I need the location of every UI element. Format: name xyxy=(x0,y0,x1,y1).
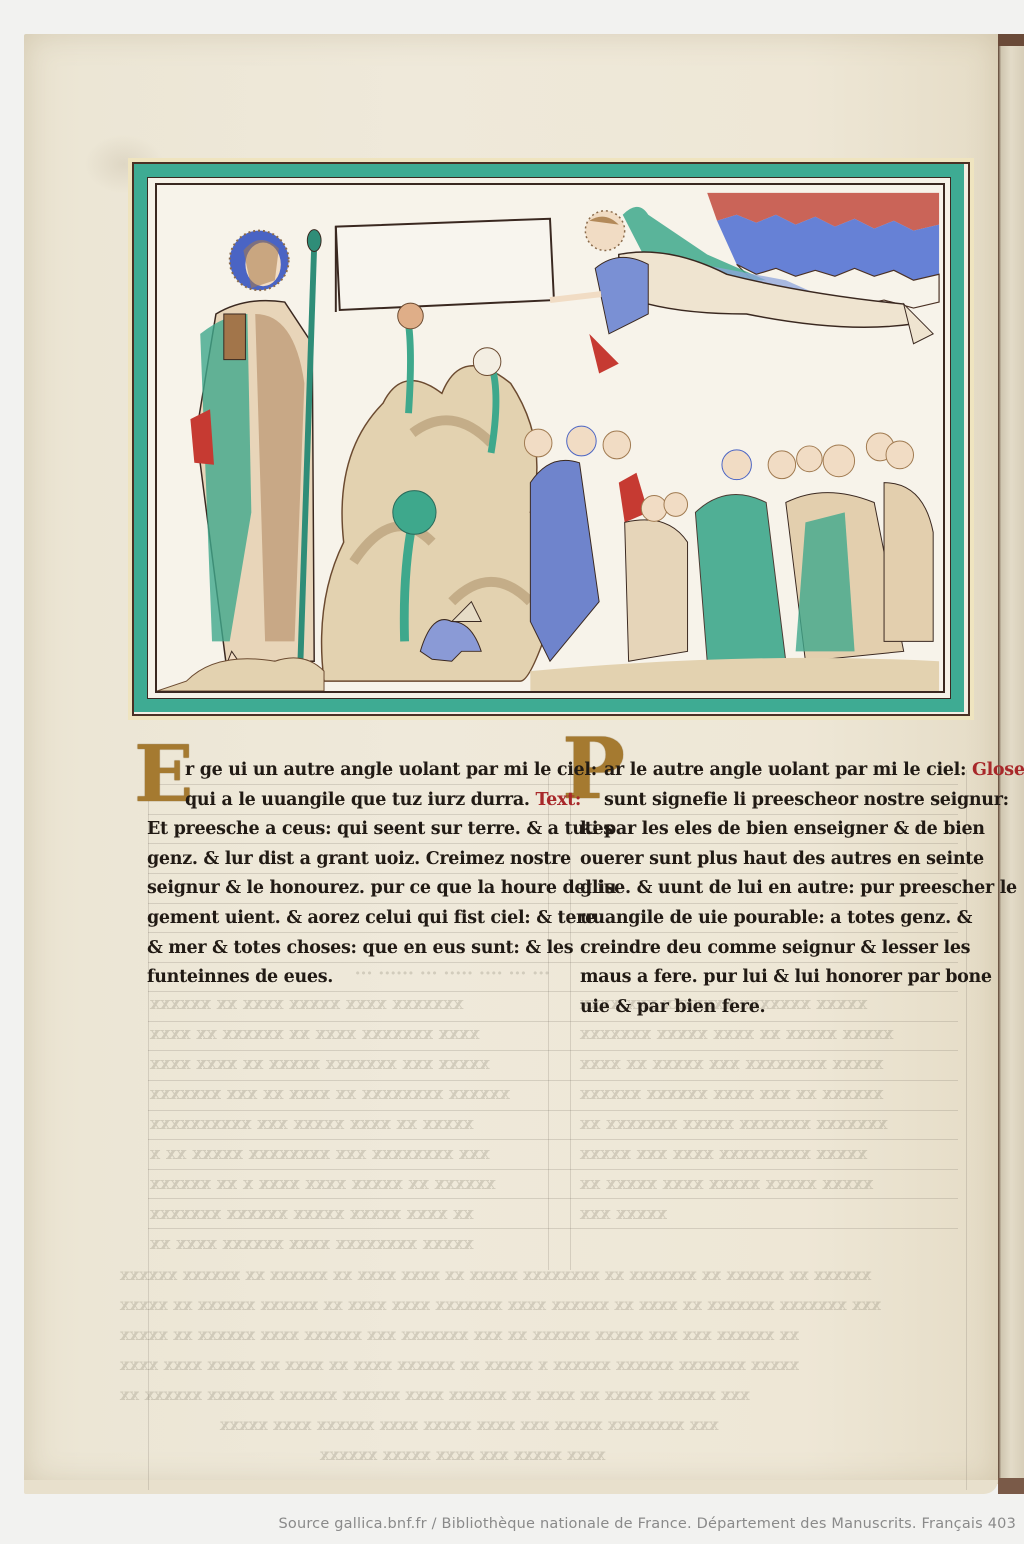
book-edge-bottom xyxy=(998,1478,1024,1494)
show-through-text: xxxxxx xx xxx xxxx xxxxxx xxxxxx xyxy=(580,1080,883,1110)
ruling-column-divider xyxy=(570,770,571,1270)
rubric-text: Glose: xyxy=(972,760,1024,780)
show-through-text: xxx xxxxxxxx xxx xxxxxxxx xxxxx xx x xyxy=(150,1140,490,1170)
text-line: & mer & totes choses: que en eus sunt: &… xyxy=(147,934,547,964)
text-line: ar le autre angle uolant par mi le ciel:… xyxy=(580,756,980,786)
miniature-scene-illustration xyxy=(157,185,943,691)
miniature-scene xyxy=(155,183,945,693)
show-through-text: xx xxxx xxxxx xxxxx xxxxxx xxxxxxx xyxy=(150,1200,474,1230)
text-line-content: ar le autre angle uolant par mi le ciel: xyxy=(604,760,966,780)
show-through-text: xxx xxxxxxxx xxxxx xxx xxxx xxxxx xxxx x… xyxy=(220,1410,718,1440)
ruling-column-divider xyxy=(548,770,549,1270)
text-line: glise. & uunt de lui en autre: pur prees… xyxy=(580,874,980,904)
text-line: ouerer sunt plus haut des autres en sein… xyxy=(580,845,980,875)
text-line: maus a fere. pur lui & lui honorer par b… xyxy=(580,963,980,993)
show-through-text: xxxxx xxxxxxx xxxxxx xxxxxx x xxxxx xx x… xyxy=(120,1350,799,1380)
show-through-text: xxx xxxxxxx xxxxxxx xx xxxx xx xxxxxx xx… xyxy=(120,1290,881,1320)
show-through-text: xxxxx xx xxxx xxxxx xxx xxxxxxxxxx xyxy=(150,1110,474,1140)
book-edge-top xyxy=(998,34,1024,46)
source-attribution: Source gallica.bnf.fr / Bibliothèque nat… xyxy=(278,1516,1016,1532)
show-through-text: xxxxxxx xxxx xxxxx xxxx xx xxxxxx xyxy=(150,990,463,1020)
illuminated-miniature xyxy=(128,158,974,720)
show-through-text: xxxxx xxx xyxy=(580,1200,667,1230)
show-through-text: xxxxx xxxxx xx xxxx xxxxx xxxxxxx xyxy=(580,1020,893,1050)
text-line: r ge ui un autre angle uolant par mi le … xyxy=(147,756,547,786)
show-through-text: xxxx xxxxxxx xxxx xx xxxxxx xx xxxx xyxy=(150,1020,479,1050)
show-through-text: xxxxxxx xxxxxxx xxxxx xxxxxxx xx xyxy=(580,1110,887,1140)
text-line: uuangile de uie pourable: a totes genz. … xyxy=(580,904,980,934)
text-column-right: ar le autre angle uolant par mi le ciel:… xyxy=(580,756,980,1022)
show-through-text: xxxxx xxxxxxxx xxxx xxxxxx xxxx xx xyxy=(150,1230,474,1260)
show-through-text: xxxxxx xx xxxxxx xx xxxxxxx xx xxxxxxxx … xyxy=(120,1260,871,1290)
show-through-text: xxxx xxxxx xxx xxxx xxxxx xxxxxx xyxy=(320,1440,605,1470)
show-through-text: xxxxx xxxxxxxx xxx xxxxx xx xxxx xyxy=(580,1050,883,1080)
christ-figure-icon xyxy=(190,231,314,681)
show-through-text: xxx xxxxxx xxxxx xx xxxx xx xxxxxx xxxx … xyxy=(120,1380,750,1410)
text-line: Et preesche a ceus: qui seent sur terre.… xyxy=(147,815,547,845)
text-line-content: qui a le uuangile que tuz iurz durra. xyxy=(185,790,530,810)
show-through-text: xxxxx xxxxx xxxxx xxxx xxxxx xx xyxy=(580,1170,873,1200)
seated-crowd-icon xyxy=(524,426,939,691)
text-line: qui a le uuangile que tuz iurz durra. Te… xyxy=(147,786,547,816)
text-line: sunt signefie li preescheor nostre seign… xyxy=(580,786,980,816)
show-through-text: xxxxxx xx xxxxx xxxx xxxx x xx xxxxxx xyxy=(150,1170,496,1200)
text-line: ki par les eles de bien enseigner & de b… xyxy=(580,815,980,845)
rubric-text: Text: xyxy=(535,790,581,810)
text-line: gement uient. & aorez celui qui fist cie… xyxy=(147,904,547,934)
show-through-text: xx xxxxxx xxx xxx xxxxx xxxxxx xx xxx xx… xyxy=(120,1320,799,1350)
show-through-text: xxxxx xxxxxxxxx xxxx xxx xxxxx xyxy=(580,1140,867,1170)
text-line: uie & par bien fere. xyxy=(580,993,980,1023)
text-line: genz. & lur dist a grant uoiz. Creimez n… xyxy=(147,845,547,875)
miniature-green-border xyxy=(134,164,964,712)
show-through-text: xxxxxx xxxxxxxx xx xxxx xx xxx xxxxxxx xyxy=(150,1080,510,1110)
text-line: funteinnes de eues. xyxy=(147,963,547,993)
show-through-text: xxxxx xxx xxxxxxx xxxxx xx xxxx xxxx xyxy=(150,1050,490,1080)
banderole-scroll-icon xyxy=(336,219,554,312)
text-column-left: r ge ui un autre angle uolant par mi le … xyxy=(147,756,547,993)
text-line: seignur & le honourez. pur ce que la hou… xyxy=(147,874,547,904)
text-line: creindre deu comme seignur & lesser les xyxy=(580,934,980,964)
